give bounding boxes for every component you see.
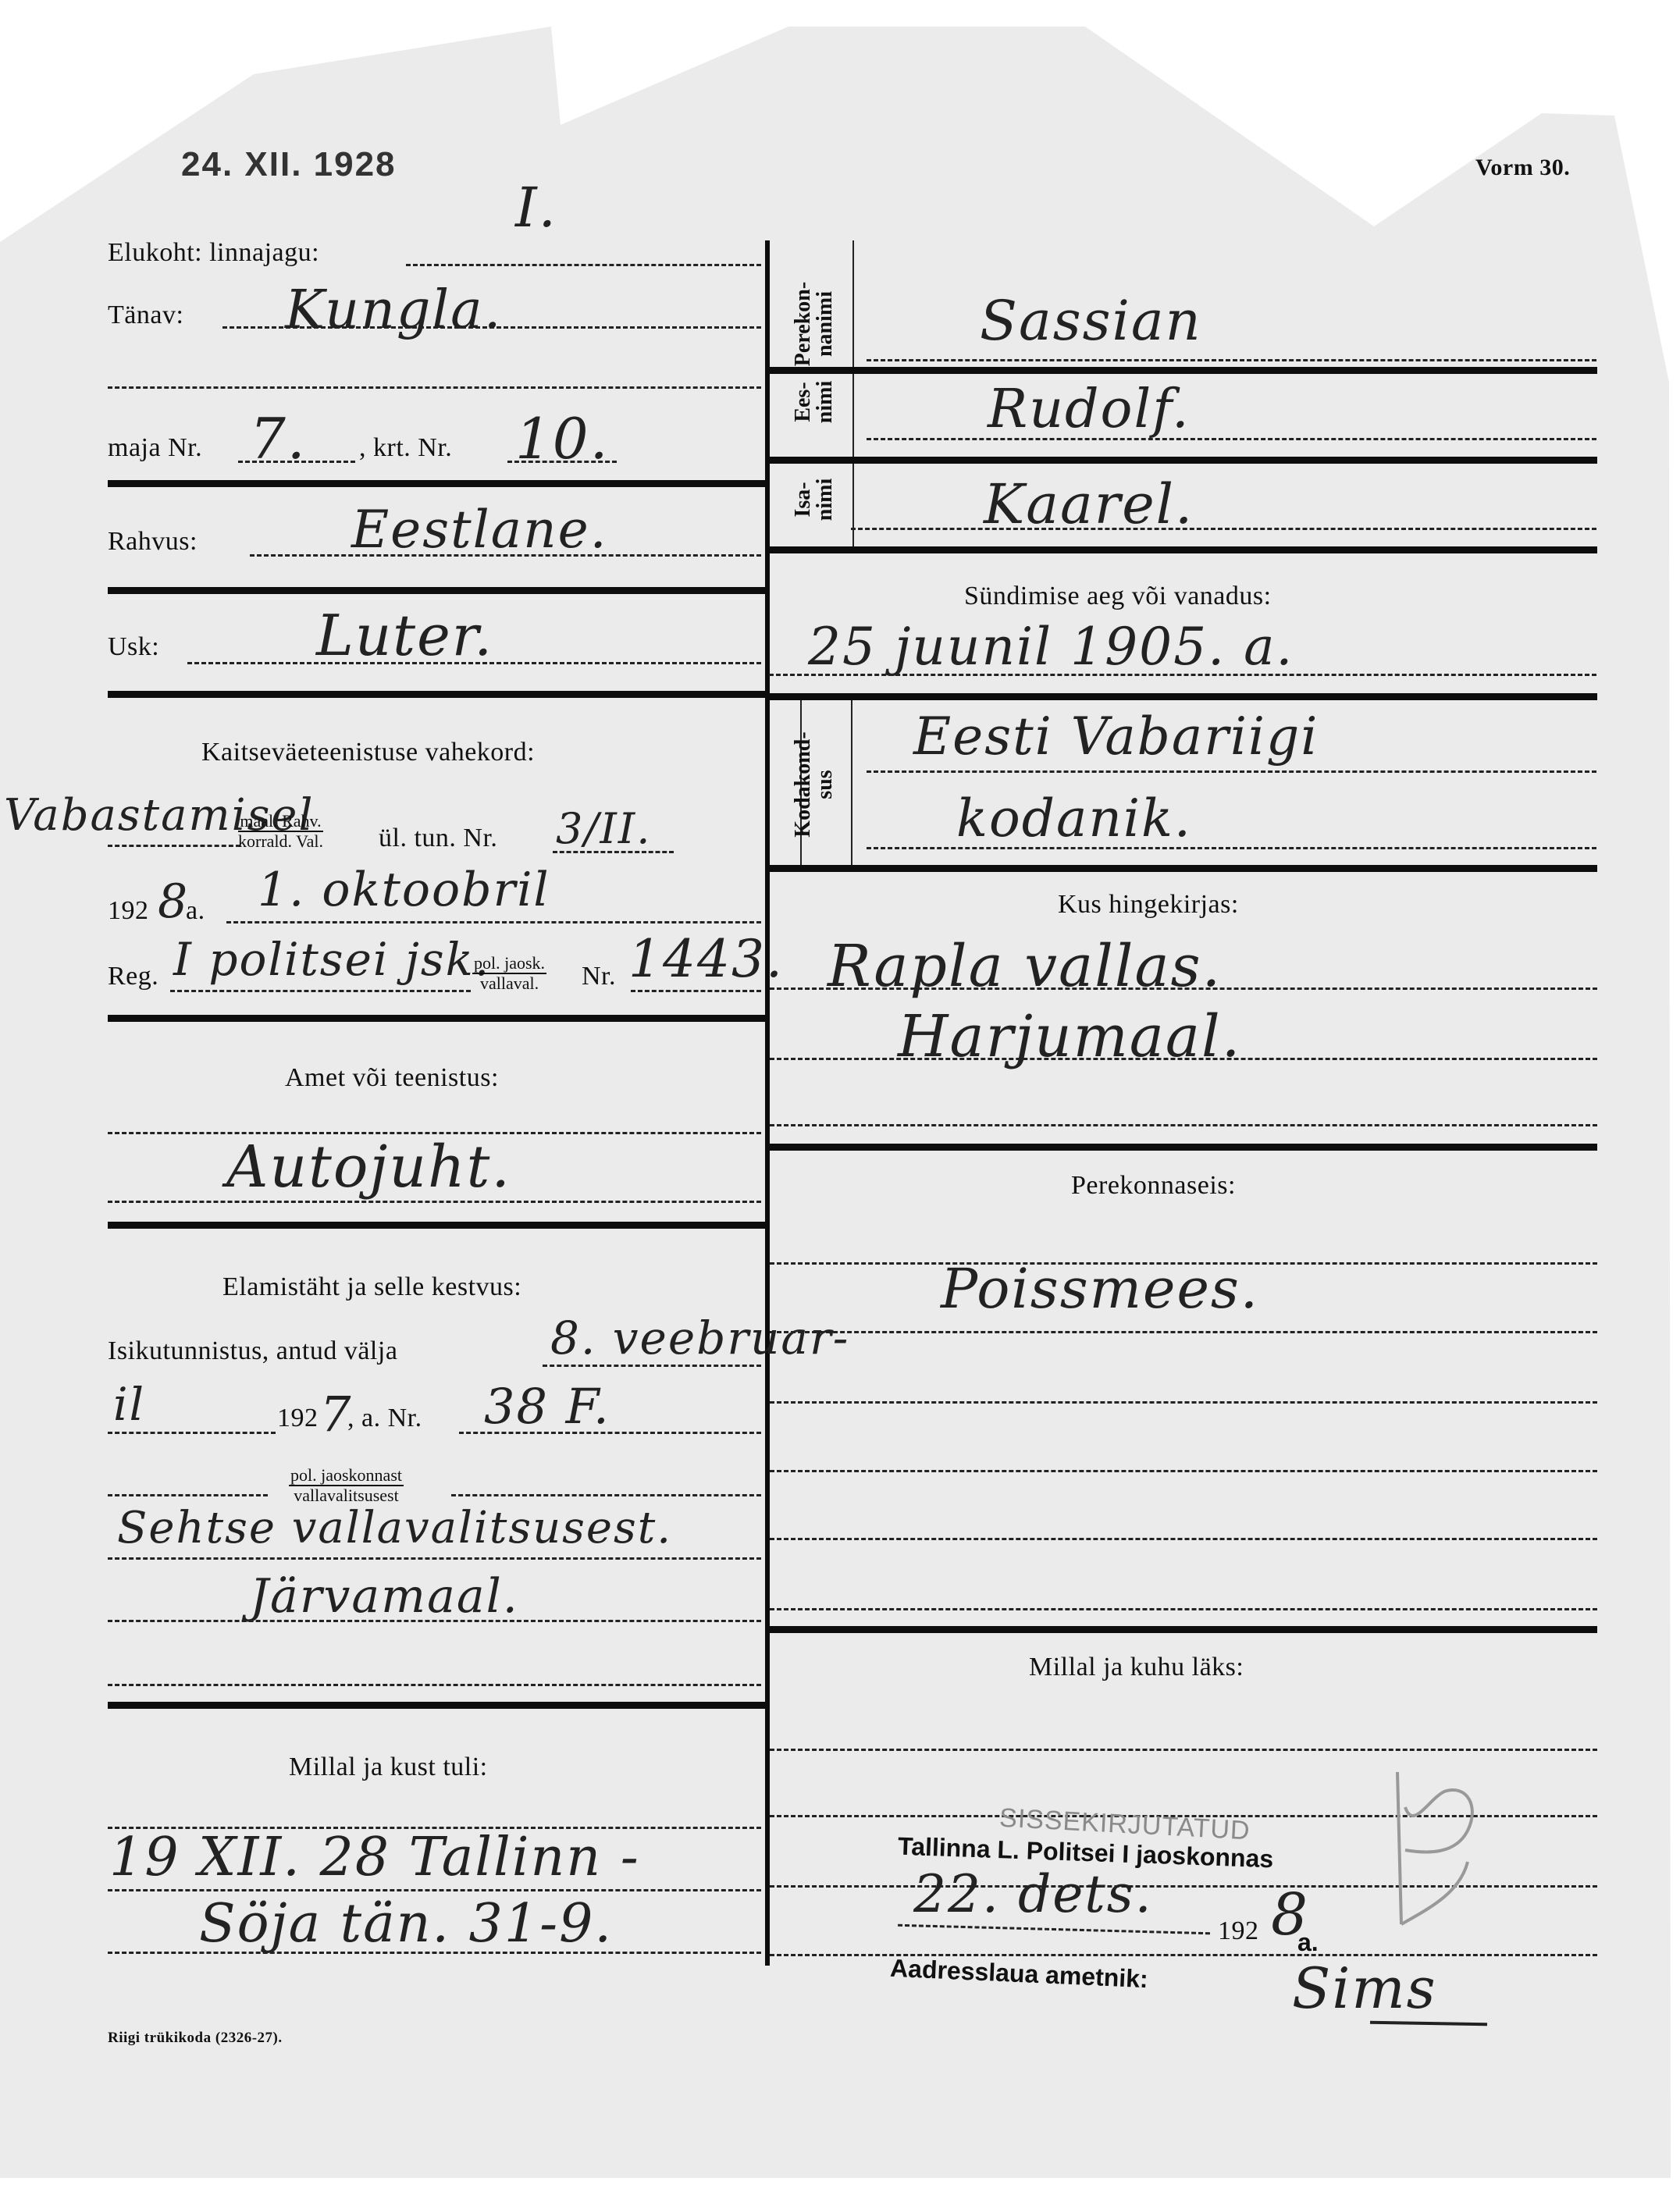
- section-rule: [770, 457, 1597, 464]
- fraction-bottom: korrald. Val.: [238, 831, 323, 851]
- issuer-fraction: pol. jaoskonnast vallavalitsusest: [289, 1466, 404, 1505]
- id-card-line: [543, 1365, 761, 1367]
- nationality-label: Rahvus:: [108, 527, 198, 557]
- military-heading: Kaitseväeteenistuse vahekord:: [201, 738, 535, 767]
- citizenship-line-2: [867, 847, 1596, 849]
- religion-value: Luter.: [316, 603, 493, 668]
- section-rule: [770, 693, 1597, 700]
- religion-label: Usk:: [108, 632, 159, 662]
- residence-line: [406, 264, 761, 266]
- occupation-value: Autojuht.: [226, 1133, 511, 1201]
- printer-note: Riigi trükikoda (2326-27).: [108, 2030, 283, 2047]
- ul-tun-value: 3/II.: [556, 804, 651, 853]
- house-number-value: 7.: [250, 406, 307, 471]
- registry-heading: Kus hingekirjas:: [1058, 890, 1239, 920]
- family-status-value: Poissmees.: [941, 1257, 1259, 1321]
- street-value: Kungla.: [285, 279, 502, 341]
- street-label: Tänav:: [108, 301, 183, 330]
- surname-value: Sassian: [980, 289, 1202, 353]
- pencil-heart-mark-icon: [1382, 1768, 1483, 1940]
- section-rule: [108, 691, 765, 698]
- section-rule: [770, 865, 1597, 872]
- occupation-heading: Amet või teenistus:: [285, 1063, 499, 1093]
- issuer-fraction-top: pol. jaoskonnast: [289, 1466, 404, 1486]
- reg-nr-value: 1443.: [628, 929, 784, 989]
- address-office-official-label: Aadresslaua ametnik:: [889, 1954, 1148, 1994]
- registry-line-2: [770, 1058, 1597, 1060]
- id-card-date-value: 8. veebruar-: [550, 1311, 849, 1365]
- reg-fraction-bottom: vallaval.: [480, 973, 539, 993]
- signature-underline: [1370, 2021, 1487, 2027]
- ul-tun-label: ül. tun. Nr.: [379, 824, 497, 853]
- district-handwritten: I.: [515, 176, 557, 240]
- birth-value: 25 juunil 1905. a.: [808, 617, 1294, 677]
- form-number: Vorm 30.: [1475, 155, 1570, 181]
- departure-line-1: [770, 1749, 1597, 1751]
- section-rule: [770, 546, 1597, 553]
- citizenship-value-line2: kodanik.: [956, 788, 1192, 849]
- section-rule: [770, 1144, 1597, 1151]
- id-year-suffix: , a. Nr.: [347, 1404, 422, 1433]
- first-name-value: Rudolf.: [988, 379, 1191, 440]
- apartment-number-value: 10.: [515, 406, 610, 471]
- registry-value-line2: Harjumaal.: [898, 1003, 1241, 1070]
- issuer-value-line2: Järvamaal.: [250, 1569, 519, 1624]
- section-rule: [108, 1015, 765, 1022]
- arrival-value-line1: 19 XII. 28 Tallinn -: [109, 1827, 640, 1888]
- id-date-line-2: [108, 1432, 276, 1434]
- military-date-value: 1. oktoobril: [258, 863, 550, 917]
- citizenship-value-line1: Eesti Vabariigi: [913, 706, 1319, 767]
- reg-fraction: pol. jaosk. vallaval.: [472, 954, 546, 993]
- family-status-line-5: [770, 1538, 1597, 1540]
- first-name-line: [867, 438, 1596, 440]
- label-column-divider: [852, 240, 854, 551]
- residence-label: Elukoht: linnajagu:: [108, 238, 319, 268]
- registration-form-card: 24. XII. 1928 Vorm 30. I. Elukoht: linna…: [0, 0, 1680, 2192]
- apartment-number-label: , krt. Nr.: [359, 433, 452, 463]
- birth-line: [769, 674, 1596, 676]
- registration-date-value: 22. dets.: [913, 1864, 1153, 1924]
- issuer-value-line1: Sehtse vallavalitsusest.: [117, 1503, 672, 1553]
- column-divider: [765, 240, 770, 1966]
- family-status-line-2: [770, 1331, 1597, 1333]
- citizenship-column-divider: [851, 700, 852, 868]
- arrival-heading: Millal ja kust tuli:: [289, 1753, 488, 1782]
- id-card-label: Isikutunnistus, antud välja: [108, 1336, 397, 1366]
- registry-line-3: [770, 1124, 1597, 1126]
- first-name-label: Ees- nimi: [792, 359, 839, 445]
- official-signature: Sims: [1292, 1955, 1437, 2021]
- military-year-suffix: a.: [186, 896, 205, 926]
- street-line-2: [108, 386, 761, 389]
- military-year-prefix: 192: [108, 896, 149, 926]
- residence-permit-heading: Elamistäht ja selle kestvus:: [222, 1272, 521, 1302]
- military-date-line: [226, 921, 761, 923]
- registry-value-line1: Rapla vallas.: [828, 933, 1222, 1000]
- family-status-line-6: [770, 1608, 1597, 1610]
- id-number-value: 38 F.: [484, 1378, 610, 1435]
- fathers-name-line: [851, 528, 1596, 530]
- occupation-line-2: [108, 1201, 761, 1203]
- house-number-label: maja Nr.: [108, 433, 202, 463]
- military-fraction: maal. Rahv. korrald. Val.: [238, 812, 323, 851]
- fathers-name-label: Isa- nimi: [792, 457, 839, 543]
- family-status-heading: Perekonnaseis:: [1071, 1171, 1236, 1201]
- date-stamp: 24. XII. 1928: [181, 145, 397, 184]
- fraction-top: maal. Rahv.: [238, 812, 323, 832]
- section-rule: [770, 367, 1597, 374]
- section-rule: [108, 1702, 765, 1709]
- registration-year-suffix: a.: [1297, 1928, 1319, 1957]
- arrival-line-2: [108, 1889, 761, 1891]
- birth-heading: Sündimise aeg või vanadus:: [964, 582, 1272, 611]
- citizenship-label: Kodakond- sus: [792, 710, 839, 859]
- reg-nr-line: [631, 990, 761, 992]
- registry-line-1: [770, 987, 1597, 990]
- family-status-line-4: [770, 1470, 1597, 1472]
- id-card-date-continued: il: [113, 1378, 145, 1431]
- registration-year-prefix: 192: [1218, 1916, 1259, 1946]
- reg-fraction-top: pol. jaosk.: [472, 954, 546, 974]
- reg-label: Reg.: [108, 962, 158, 991]
- section-rule: [770, 1626, 1597, 1633]
- departure-heading: Millal ja kuhu läks:: [1029, 1653, 1244, 1682]
- section-rule: [108, 587, 765, 594]
- registration-date-line: [898, 1924, 1210, 1934]
- arrival-value-line2: Söja tän. 31-9.: [199, 1893, 613, 1955]
- issuer-line-3: [108, 1620, 761, 1622]
- section-rule: [108, 1222, 765, 1229]
- section-rule: [108, 480, 765, 487]
- reg-value: I politsei jsk.: [173, 933, 490, 986]
- surname-line: [867, 359, 1596, 361]
- issuer-line-right: [451, 1494, 761, 1496]
- arrival-line-3: [108, 1952, 761, 1954]
- issuer-line-left: [108, 1494, 268, 1496]
- military-status-line: [108, 845, 240, 847]
- issuer-line-2: [108, 1557, 761, 1560]
- issuer-line-4: [108, 1684, 761, 1686]
- citizenship-line-1: [867, 770, 1596, 773]
- reg-line: [170, 990, 471, 992]
- military-year-value: 8: [158, 874, 189, 929]
- family-status-line-3: [770, 1401, 1597, 1404]
- reg-nr-label: Nr.: [582, 962, 616, 991]
- id-year-prefix: 192: [277, 1404, 319, 1433]
- nationality-value: Eestlane.: [351, 500, 608, 560]
- fathers-name-value: Kaarel.: [984, 472, 1194, 536]
